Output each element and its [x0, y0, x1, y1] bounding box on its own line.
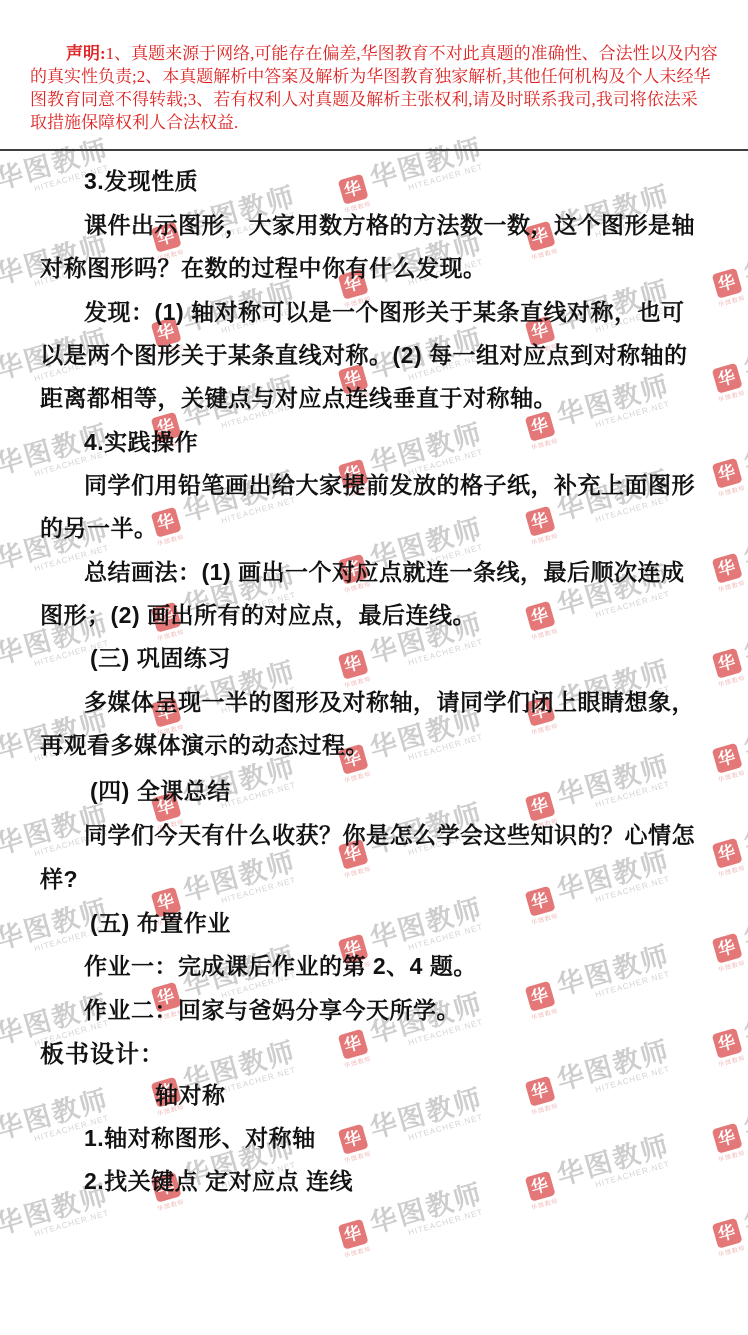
text-line: 板书设计： — [40, 1040, 165, 1070]
disclaimer-line: 图教育同意不得转载;3、若有权利人对真题及解析主张权利,请及时联系我司,我司将依… — [30, 88, 730, 111]
text-line: 同学们今天有什么收获？你是怎么学会这些知识的？心情怎 — [84, 820, 695, 850]
text-line: 2.找关键点 定对应点 连线 — [84, 1166, 353, 1196]
disclaimer-line: 声明:1、真题来源于网络,可能存在偏差,华图教育不对此真题的准确性、合法性以及内… — [30, 42, 730, 65]
disclaimer-line: 的真实性负责;2、本真题解析中答案及解析为华图教育独家解析,其他任何机构及个人未… — [30, 65, 730, 88]
header-divider-line — [0, 149, 748, 151]
disclaimer-line: 取措施保障权利人合法权益. — [30, 111, 730, 134]
text-line: 1.轴对称图形、对称轴 — [84, 1123, 316, 1153]
document-page: 华华图教师华图教师HITEACHER.NET华华图教师华图教师HITEACHER… — [0, 0, 748, 1335]
text-line: 同学们用铅笔画出给大家提前发放的格子纸，补充上面图形 — [84, 470, 695, 500]
text-line: 多媒体呈现一半的图形及对称轴，请同学们闭上眼睛想象， — [84, 687, 695, 717]
document-content: 声明:1、真题来源于网络,可能存在偏差,华图教育不对此真题的准确性、合法性以及内… — [0, 0, 748, 1335]
text-line: 作业二：回家与爸妈分享今天所学。 — [84, 995, 460, 1025]
text-line: 再观看多媒体演示的动态过程。 — [40, 730, 369, 760]
text-line: 轴对称 — [155, 1080, 226, 1110]
text-line: (三) 巩固练习 — [90, 643, 231, 673]
text-line: 作业一：完成课后作业的第 2、4 题。 — [84, 951, 477, 981]
text-line: 总结画法：(1) 画出一个对应点就连一条线，最后顺次连成 — [84, 557, 685, 587]
text-line: (四) 全课总结 — [90, 776, 231, 806]
disclaimer-block: 声明:1、真题来源于网络,可能存在偏差,华图教育不对此真题的准确性、合法性以及内… — [30, 42, 730, 134]
text-line: 发现：(1) 轴对称可以是一个图形关于某条直线对称，也可 — [84, 297, 685, 327]
text-line: 样? — [40, 864, 78, 894]
text-line: 课件出示图形，大家用数方格的方法数一数，这个图形是轴 — [84, 210, 695, 240]
text-line: 距离都相等，关键点与对应点连线垂直于对称轴。 — [40, 383, 557, 413]
text-line: 4.实践操作 — [84, 427, 198, 457]
text-line: 以是两个图形关于某条直线对称。(2) 每一组对应点到对称轴的 — [40, 340, 688, 370]
text-line: (五) 布置作业 — [90, 908, 231, 938]
disclaimer-label: 声明: — [66, 44, 106, 63]
text-line: 的另一半。 — [40, 513, 158, 543]
text-line: 3.发现性质 — [84, 166, 198, 196]
text-line: 图形；(2) 画出所有的对应点，最后连线。 — [40, 600, 476, 630]
text-line: 对称图形吗？在数的过程中你有什么发现。 — [40, 253, 487, 283]
